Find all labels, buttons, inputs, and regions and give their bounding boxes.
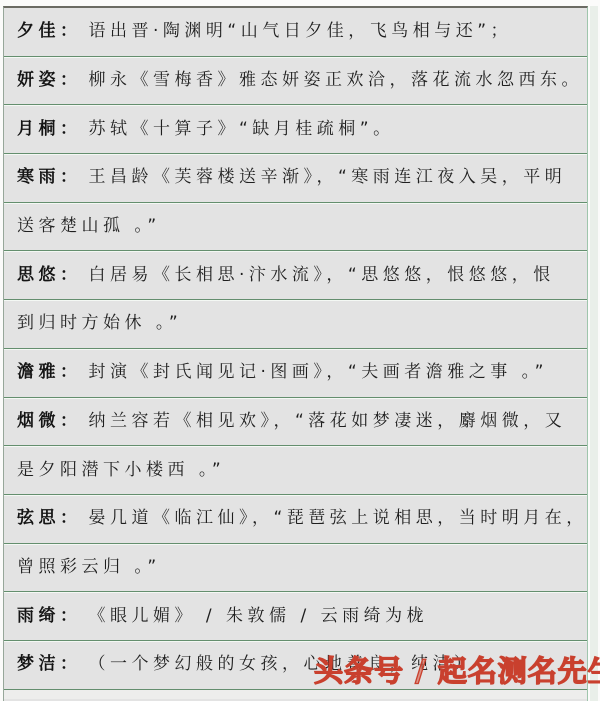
table-row: 烟微： 纳兰容若《相见欢》，“落花如梦凄迷，麝烟微，又 [4,398,587,447]
table-row: 月桐： 苏轼《十算子》“缺月桂疏桐”。 [4,105,587,154]
entry-text: 白居易《长相思·汴水流》，“思悠悠，恨悠悠，恨 [89,267,555,284]
entry-text: 曾照彩云归 。” [17,559,161,576]
table-row-continuation: 是夕阳潜下小楼西 。” [4,446,587,495]
entry-name: 月桐： [17,121,82,138]
entry-text: 送客楚山孤 。” [17,218,161,235]
entry-text: 柳永《雪梅香》雅态妍姿正欢洽，落花流水忽西东。 [89,72,584,89]
entry-text: 《眼儿媚》 / 朱敦儒 / 云雨绮为栊 [89,608,429,625]
table-row: 弦思： 晏几道《临江仙》，“琵琶弦上说相思，当时明月在， [4,495,587,544]
table-row-continuation: 到归时方始休 。” [4,300,587,349]
entry-name: 夕佳： [17,23,82,40]
entry-name: 梦洁： [17,656,82,673]
table-row-continuation: 送客楚山孤 。” [4,203,587,252]
entry-name: 弦思： [17,510,82,527]
entry-text: 封演《封氏闻见记·图画》，“夫画者澹雅之事 。” [89,364,548,381]
page-margin-strip [590,6,598,701]
entry-name: 思悠： [17,267,82,284]
table-row: 寒雨： 王昌龄《芙蓉楼送辛渐》，“寒雨连江夜入吴，平明 [4,154,587,203]
entry-name: 妍姿： [17,72,82,89]
table-row: 雨绮： 《眼儿媚》 / 朱敦儒 / 云雨绮为栊 [4,592,587,641]
table-row: 澹雅： 封演《封氏闻见记·图画》，“夫画者澹雅之事 。” [4,349,587,398]
ruled-sheet: 夕佳： 语出晋·陶渊明“山气日夕佳，飞鸟相与还”； 妍姿： 柳永《雪梅香》雅态妍… [3,6,588,701]
entry-name: 寒雨： [17,169,82,186]
entry-text: 到归时方始休 。” [17,315,182,332]
entry-text: 纳兰容若《相见欢》，“落花如梦凄迷，麝烟微，又 [89,413,567,430]
entry-text: 语出晋·陶渊明“山气日夕佳，飞鸟相与还”； [89,23,513,40]
entry-name: 雨绮： [17,608,82,625]
watermark-text: 头条号 / 起名测名先生 [314,649,600,690]
entry-text: 王昌龄《芙蓉楼送辛渐》，“寒雨连江夜入吴，平明 [89,169,567,186]
table-row: 夕佳： 语出晋·陶渊明“山气日夕佳，飞鸟相与还”； [4,8,587,57]
entry-text: 苏轼《十算子》“缺月桂疏桐”。 [89,121,395,138]
table-row: 思悠： 白居易《长相思·汴水流》，“思悠悠，恨悠悠，恨 [4,251,587,300]
next-row-partial [4,690,587,699]
entry-name: 澹雅： [17,364,82,381]
table-row: 妍姿： 柳永《雪梅香》雅态妍姿正欢洽，落花流水忽西东。 [4,57,587,106]
entry-text: 晏几道《临江仙》，“琵琶弦上说相思，当时明月在， [89,510,588,527]
table-row-continuation: 曾照彩云归 。” [4,544,587,593]
entry-name: 烟微： [17,413,82,430]
entry-text: 是夕阳潜下小楼西 。” [17,462,225,479]
